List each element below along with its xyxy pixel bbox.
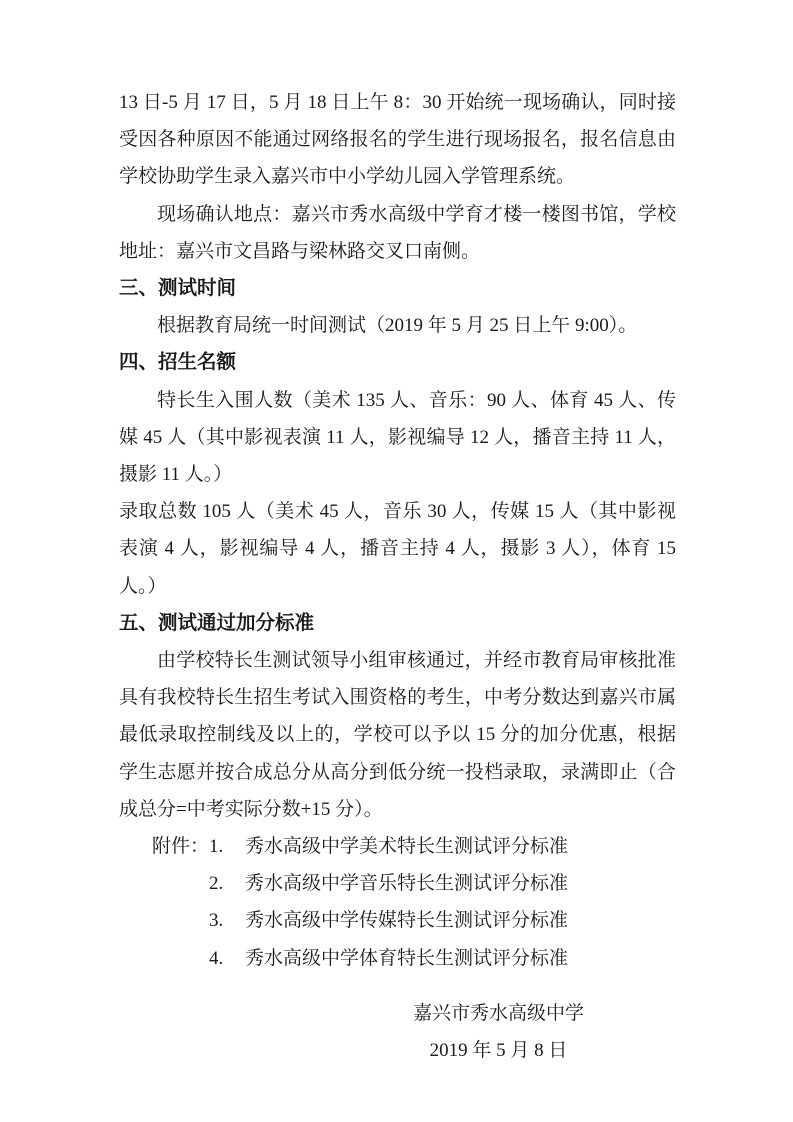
attachment-item: 2. 秀水高级中学音乐特长生测试评分标准 — [209, 865, 676, 902]
attachments-block: 附件： 1. 秀水高级中学美术特长生测试评分标准 2. 秀水高级中学音乐特长生测… — [152, 828, 676, 977]
attachment-item: 1. 秀水高级中学美术特长生测试评分标准 — [209, 828, 676, 865]
paragraph-bonus-policy: 由学校特长生测试领导小组审核通过，并经市教育局审核批准具有我校特长生招生考试入围… — [119, 642, 676, 828]
attachments-label: 附件： — [152, 828, 209, 865]
paragraph-test-time: 根据教育局统一时间测试（2019 年 5 月 25 日上午 9:00）。 — [119, 307, 676, 344]
paragraph-admission-total: 录取总数 105 人（美术 45 人，音乐 30 人，传媒 15 人（其中影视表… — [119, 493, 676, 605]
attachment-number: 4. — [209, 940, 231, 977]
attachment-number: 3. — [209, 902, 231, 939]
attachment-title: 秀水高级中学传媒特长生测试评分标准 — [245, 902, 676, 939]
section-heading-test-time: 三、测试时间 — [119, 270, 676, 307]
attachment-item: 3. 秀水高级中学传媒特长生测试评分标准 — [209, 902, 676, 939]
attachment-item: 4. 秀水高级中学体育特长生测试评分标准 — [209, 940, 676, 977]
paragraph-shortlist-quota: 特长生入围人数（美术 135 人、音乐：90 人、体育 45 人、传媒 45 人… — [119, 382, 676, 494]
attachment-title: 秀水高级中学音乐特长生测试评分标准 — [245, 865, 676, 902]
document-content: 13 日-5 月 17 日，5 月 18 日上午 8：30 开始统一现场确认，同… — [119, 84, 676, 1069]
paragraph-confirmation-location: 现场确认地点：嘉兴市秀水高级中学育才楼一楼图书馆，学校地址：嘉兴市文昌路与梁林路… — [119, 196, 676, 270]
signature-block: 嘉兴市秀水高级中学 2019 年 5 月 8 日 — [119, 995, 676, 1069]
document-page: 13 日-5 月 17 日，5 月 18 日上午 8：30 开始统一现场确认，同… — [0, 0, 793, 1122]
attachment-number: 2. — [209, 865, 231, 902]
attachment-number: 1. — [209, 828, 231, 865]
attachments-list: 1. 秀水高级中学美术特长生测试评分标准 2. 秀水高级中学音乐特长生测试评分标… — [209, 828, 676, 977]
signature-date: 2019 年 5 月 8 日 — [321, 1032, 676, 1069]
section-heading-enrollment-quota: 四、招生名额 — [119, 344, 676, 381]
attachment-title: 秀水高级中学体育特长生测试评分标准 — [245, 940, 676, 977]
attachment-title: 秀水高级中学美术特长生测试评分标准 — [245, 828, 676, 865]
signature-organization: 嘉兴市秀水高级中学 — [321, 995, 676, 1032]
section-heading-bonus-standard: 五、测试通过加分标准 — [119, 605, 676, 642]
paragraph-registration-confirmation: 13 日-5 月 17 日，5 月 18 日上午 8：30 开始统一现场确认，同… — [119, 84, 676, 196]
